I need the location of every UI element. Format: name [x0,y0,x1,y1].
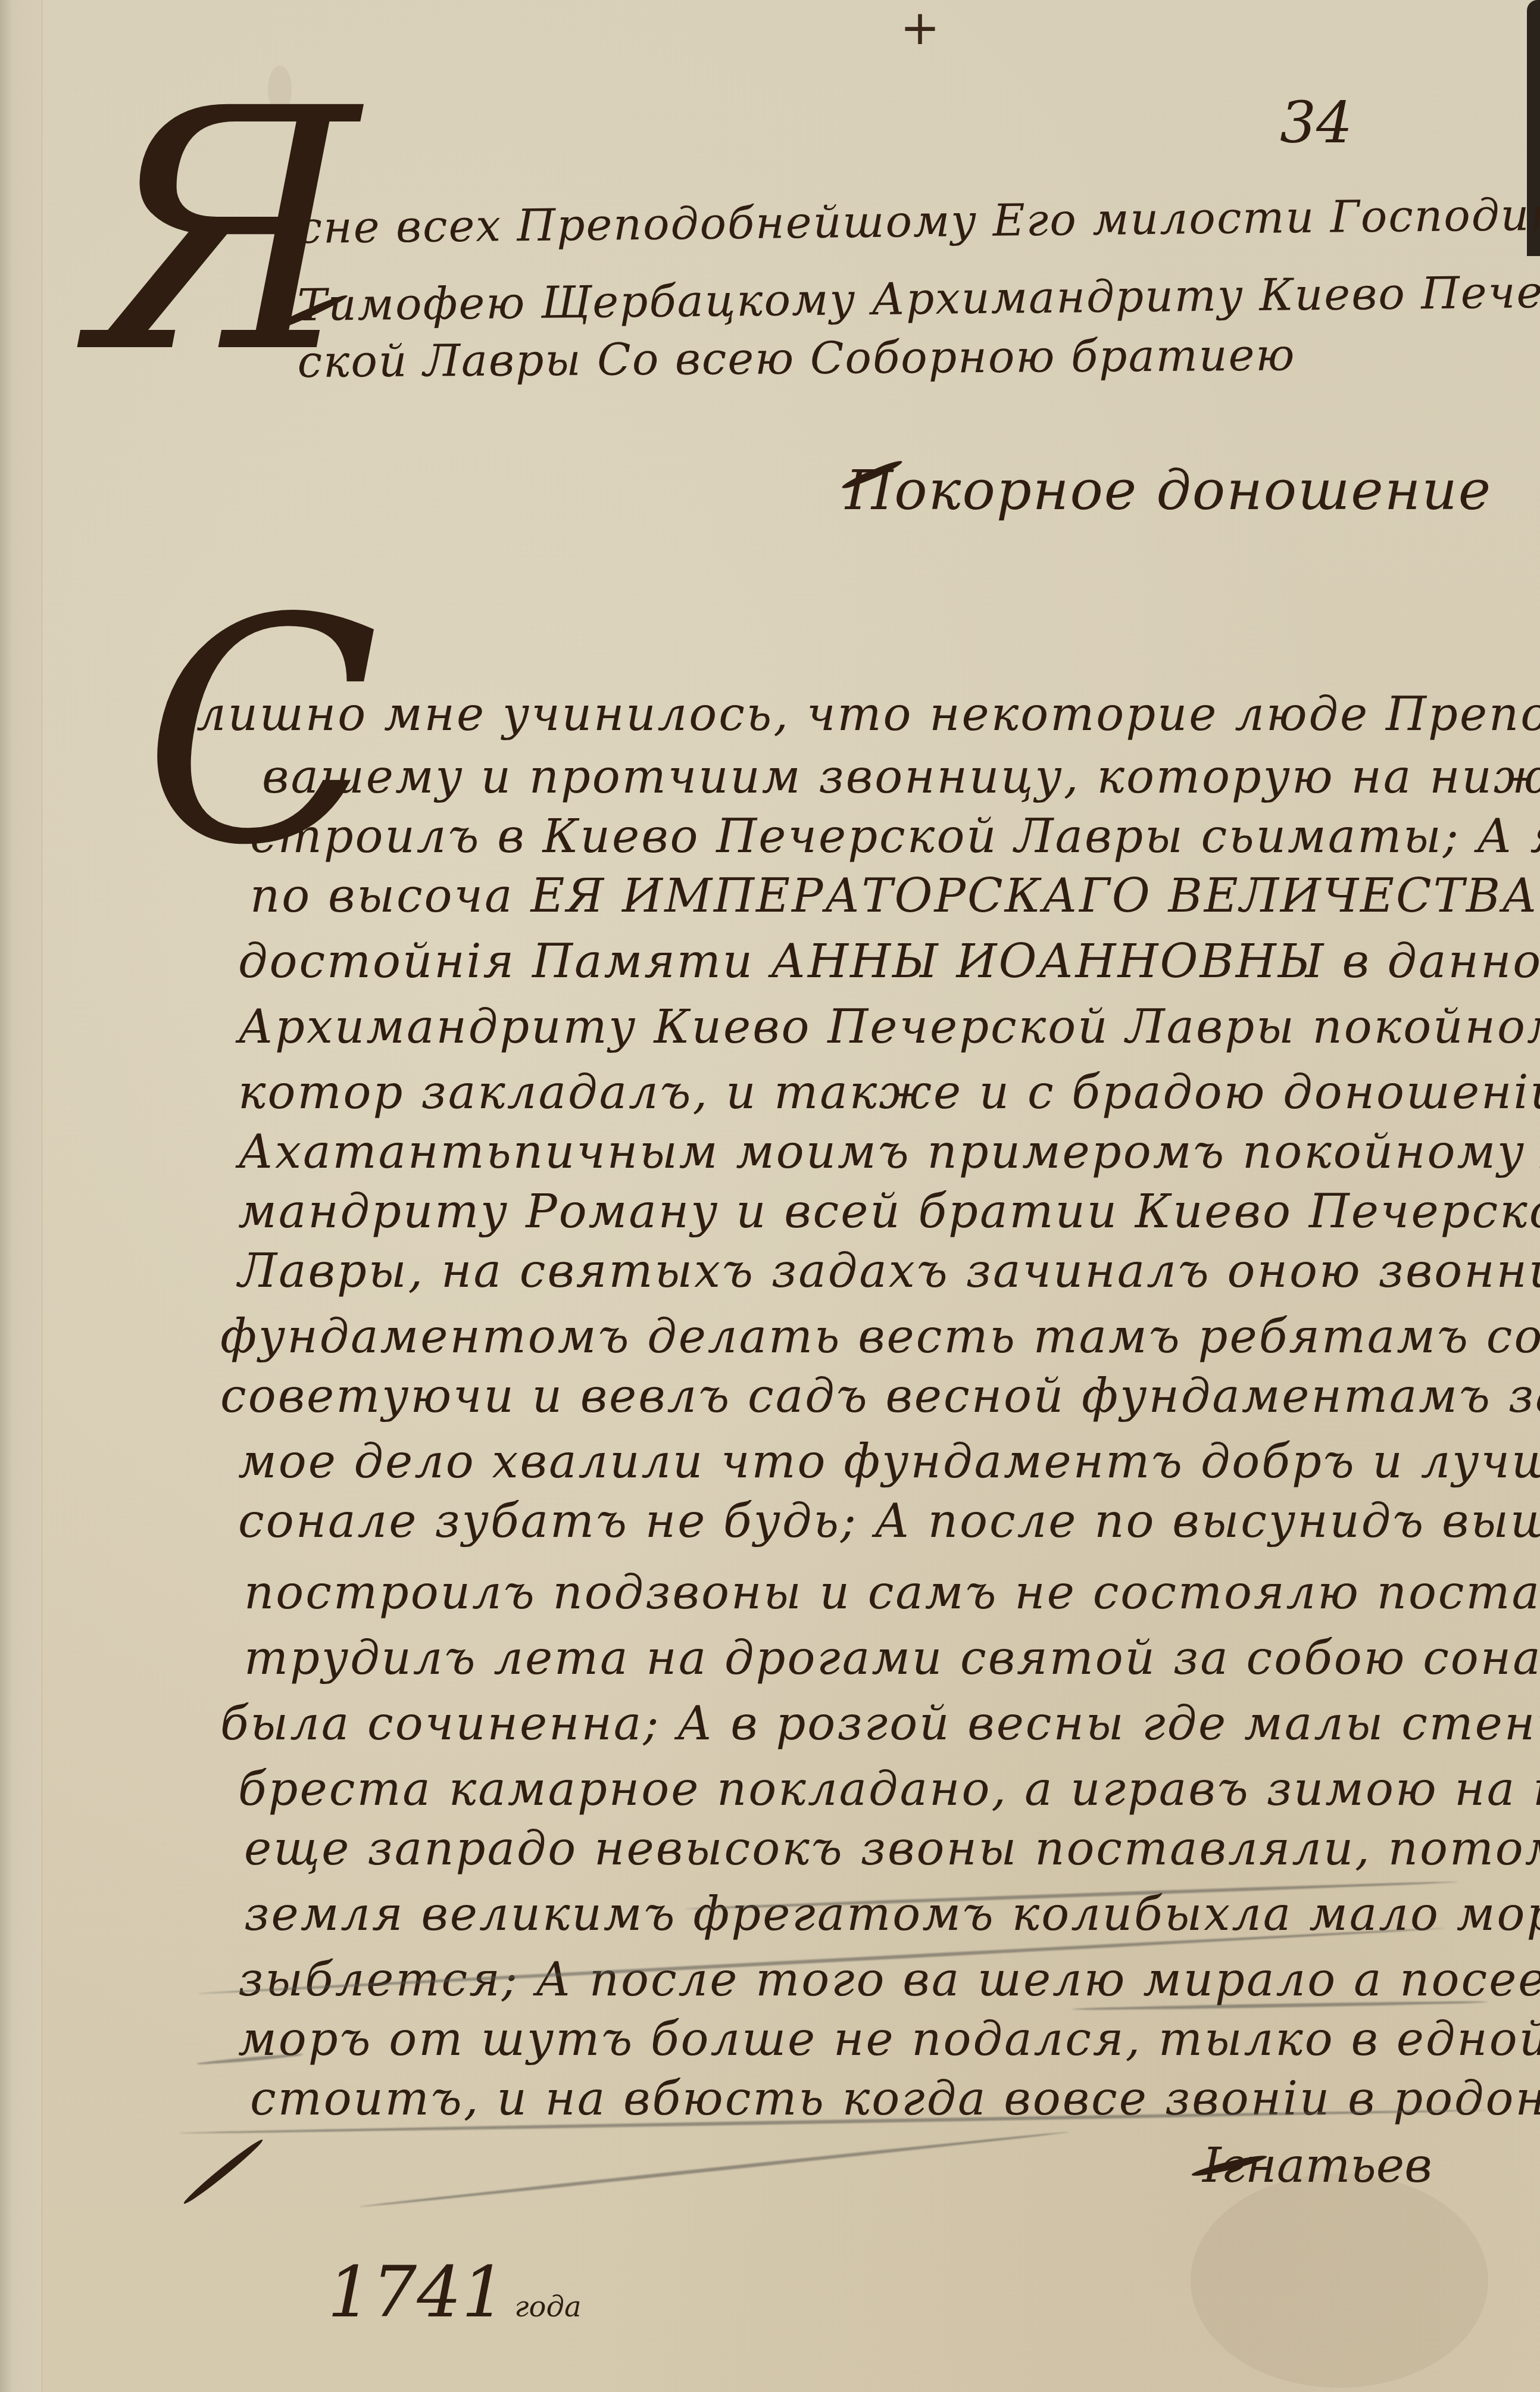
body-line-15: построилъ подзвоны и самъ не состоялю по… [244,1566,1540,1620]
body-line-12: советуючи и вевлъ садъ весной фундамента… [220,1370,1540,1423]
cross-mark: + [900,0,940,55]
body-line-10: Лавры, на святыхъ задахъ зачиналъ оною з… [238,1245,1540,1298]
pencil-underline [359,2130,1070,2208]
body-line-5: достойнія Памяти АННЫ ИОАННОВНЫ в данном [238,935,1540,988]
paper-stain [1191,2173,1488,2388]
page-binding-edge [0,0,42,2392]
body-line-19: еще запрадо невысокъ звоны поставляли, п… [244,1822,1540,1876]
body-line-16: трудилъ лета на дрогами святой за собою … [244,1632,1540,1685]
body-line-23: стоитъ, и на вбюсть когда вовсе звоніи в… [250,2072,1540,2126]
signature: Ігнатьев [1202,2138,1432,2193]
manuscript-page: + 34 Я сне всех Преподобнейшому Его мило… [0,0,1540,2392]
body-line-7: котор закладалъ, и также и с брадою доно… [238,1066,1540,1119]
body-line-1: лишно мне учинилось, что некоторие люде … [196,688,1540,741]
body-line-8: Ахатантьпичным моимъ примеромъ покойному… [238,1125,1540,1179]
address-line-3: ской Лавры Со всею Соборною братиею [297,329,1295,388]
body-line-22: моръ от шутъ болше не подался, тылко в е… [238,2013,1540,2066]
date: 1741года [327,2251,582,2333]
body-line-18: бреста камарное покладано, а игравъ зимо… [238,1763,1540,1816]
body-line-17: была сочиненна; А в розгой весны где мал… [220,1697,1540,1751]
body-line-3: строилъ в Киево Печерской Лавры сьиматы;… [250,810,1540,863]
body-line-6: Архимандриту Киево Печерской Лавры покой… [238,1000,1540,1054]
body-line-4: по высоча ЕЯ ИМПЕРАТОРСКАГО ВЕЛИЧЕСТВА в… [250,869,1540,923]
body-line-2: вашему и протчиим звонницу, которую на н… [262,750,1540,804]
folio-number: 34 [1280,89,1352,156]
address-line-1: сне всех Преподобнейшому Его милости Гос… [297,188,1540,254]
document-title: Покорное доношение [845,459,1492,522]
ink-flourish [182,2136,264,2207]
body-line-9: мандриту Роману и всей братии Киево Пече… [238,1185,1540,1239]
body-line-14: сонале зубатъ не будь; А после по высуни… [238,1495,1540,1548]
date-suffix: года [514,2290,581,2324]
body-line-11: фундаментомъ делать весть тамъ ребятамъ … [220,1310,1540,1364]
body-line-13: мое дело хвалили что фундаментъ добръ и … [238,1435,1540,1489]
date-year: 1741 [327,2251,506,2333]
address-line-2: Тимофею Щербацкому Архимандриту Киево Пе… [297,266,1540,331]
